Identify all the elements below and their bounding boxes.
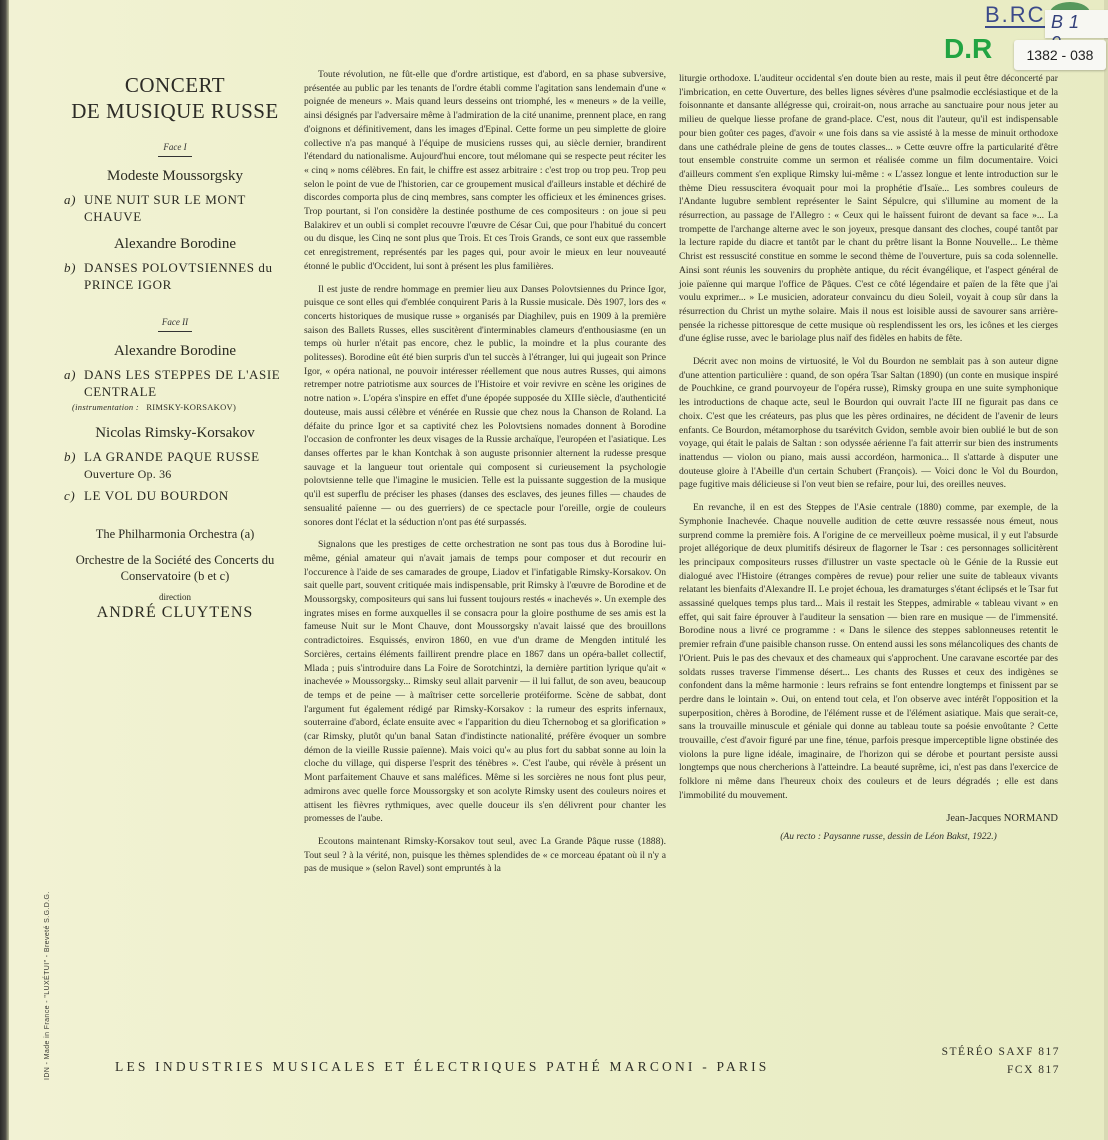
author-signature: Jean-Jacques NORMAND <box>679 812 1058 826</box>
notes-paragraph: Il est juste de rendre hommage en premie… <box>304 283 666 530</box>
program-column: CONCERT DE MUSIQUE RUSSE Face I Modeste … <box>64 72 286 622</box>
direction-label: direction <box>64 592 286 602</box>
cover-art-credit: (Au recto : Paysanne russe, dessin de Lé… <box>719 831 1058 845</box>
sleeve-right-edge <box>1104 0 1108 1140</box>
shelf-label: B1 9 <box>1045 10 1108 38</box>
face-2-label: Face II <box>64 317 286 327</box>
notes-paragraph: Toute révolution, ne fût-elle que d'ordr… <box>304 68 666 274</box>
vertical-imprint: IDN - Made in France - "LUXÉTUI" - Breve… <box>44 891 51 1080</box>
notes-paragraph: Décrit avec non moins de virtuosité, le … <box>679 355 1058 492</box>
track-2a: a) DANS LES STEPPES DE L'ASIE CENTRALE <box>64 366 286 400</box>
face-1-rule <box>158 156 192 157</box>
track-1a: a) UNE NUIT SUR LE MONT CHAUVE <box>64 191 286 225</box>
instrumentation-note: (instrumentation : RIMSKY-KORSAKOV) <box>72 402 286 412</box>
notes-paragraph: Ecoutons maintenant Rimsky-Korsakov tout… <box>304 835 666 876</box>
liner-notes-right-column: liturgie orthodoxe. L'auditeur occidenta… <box>679 72 1058 845</box>
catalog-stereo: STÉRÉO SAXF 817 <box>942 1043 1060 1061</box>
album-title: CONCERT DE MUSIQUE RUSSE <box>64 72 286 124</box>
face-1-label: Face I <box>64 142 286 152</box>
sleeve-spine-edge <box>0 0 9 1140</box>
track-1b: b) DANSES POLOVTSIENNES du PRINCE IGOR <box>64 259 286 293</box>
composer-name: Alexandre Borodine <box>64 342 286 360</box>
composer-name: Alexandre Borodine <box>64 235 286 253</box>
face-2-rule <box>158 331 192 332</box>
orchestra-2: Orchestre de la Société des Concerts du … <box>64 552 286 584</box>
track-2b: b) LA GRANDE PAQUE RUSSE Ouverture Op. 3… <box>64 448 286 483</box>
catalog-mono: FCX 817 <box>942 1061 1060 1079</box>
notes-paragraph: liturgie orthodoxe. L'auditeur occidenta… <box>679 72 1058 346</box>
liner-notes-middle-column: Toute révolution, ne fût-elle que d'ordr… <box>304 68 666 885</box>
dr-stamp: D.R <box>944 33 992 65</box>
conductor-name: ANDRÉ CLUYTENS <box>64 604 286 622</box>
inventory-number-label: 1382 - 038 <box>1014 40 1106 70</box>
orchestra-1: The Philharmonia Orchestra (a) <box>64 526 286 542</box>
library-code-stamp: B.RC <box>985 4 1046 28</box>
publisher-line: LES INDUSTRIES MUSICALES ET ÉLECTRIQUES … <box>115 1059 770 1075</box>
composer-name: Modeste Moussorgsky <box>64 167 286 185</box>
catalog-numbers: STÉRÉO SAXF 817 FCX 817 <box>942 1043 1060 1079</box>
composer-name: Nicolas Rimsky-Korsakov <box>64 424 286 442</box>
notes-paragraph: Signalons que les prestiges de cette orc… <box>304 538 666 826</box>
track-2c: c) LE VOL DU BOURDON <box>64 487 286 504</box>
notes-paragraph: En revanche, il en est des Steppes de l'… <box>679 501 1058 802</box>
